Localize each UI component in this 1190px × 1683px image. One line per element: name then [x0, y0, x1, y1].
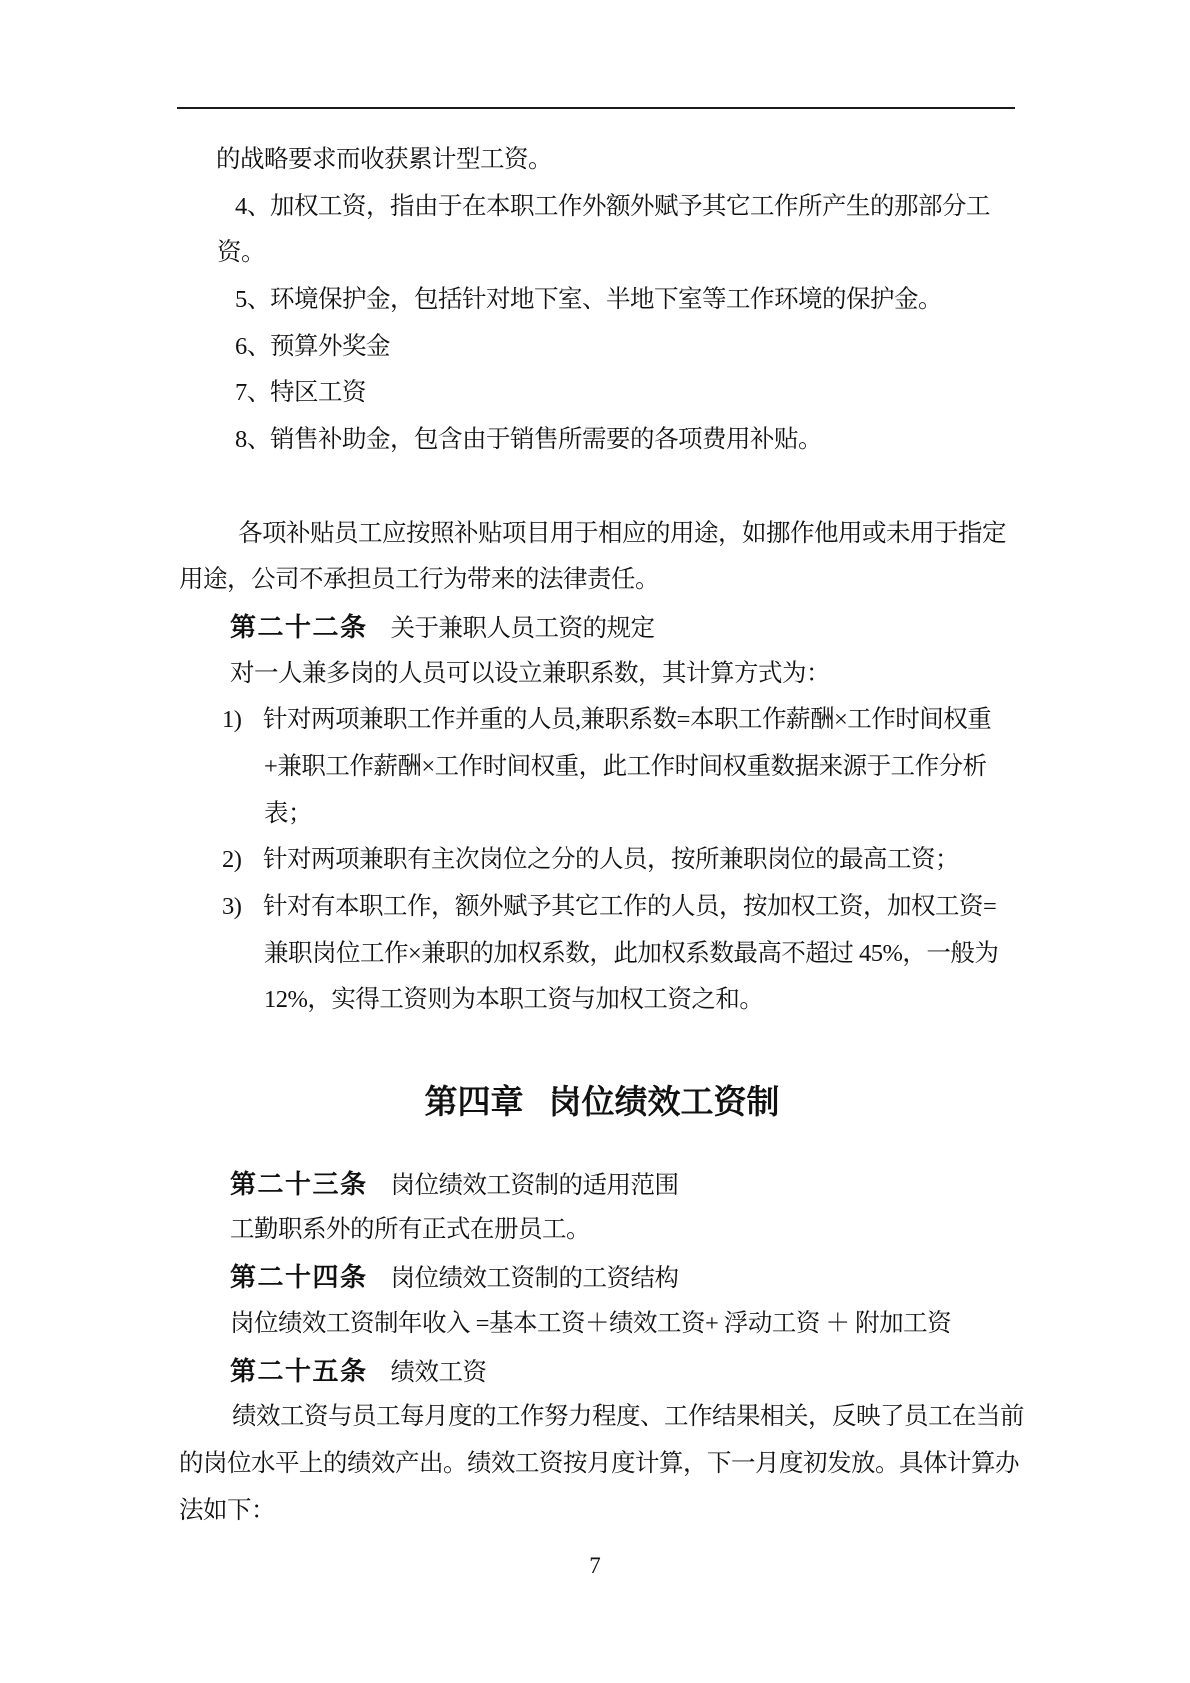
list-number: 4、 — [235, 184, 270, 231]
allowance-item-4-wrap: 资。 — [217, 230, 1025, 277]
article-25-title: 绩效工资 — [391, 1359, 487, 1386]
list-text: 针对有本职工作，额外赋予其它工作的人员，按加权工资，加权工资= — [263, 893, 996, 920]
chapter-heading: 第四章岗位绩效工资制 — [179, 1071, 1025, 1133]
article-24-title: 岗位绩效工资制的工资结构 — [391, 1265, 679, 1292]
allowance-item-4: 4、加权工资，指由于在本职工作外额外赋予其它工作所产生的那部分工 — [235, 184, 1025, 231]
rule-item-1-wrap: +兼职工作薪酬×工作时间权重，此工作时间权重数据来源于工作分析 — [264, 744, 1025, 791]
article-25-term: 第二十五条 — [230, 1356, 368, 1386]
allowance-item-6: 6、预算外奖金 — [235, 324, 1025, 371]
article-23-body: 工勤职系外的所有正式在册员工。 — [230, 1207, 1025, 1254]
article-23-term: 第二十三条 — [230, 1169, 368, 1199]
rule-item-2: 2)针对两项兼职有主次岗位之分的人员，按所兼职岗位的最高工资； — [222, 837, 1025, 884]
allowance-item-5: 5、环境保护金，包括针对地下室、半地下室等工作环境的保护金。 — [235, 277, 1025, 324]
article-24-formula: 岗位绩效工资制年收入 =基本工资＋绩效工资+ 浮动工资 ＋ 附加工资 — [230, 1301, 1025, 1348]
rule-item-3-wrap: 12%，实得工资则为本职工资与加权工资之和。 — [264, 977, 1025, 1024]
article-22-term: 第二十二条 — [230, 612, 368, 642]
article-25-heading: 第二十五条绩效工资 — [230, 1348, 1025, 1395]
article-23-heading: 第二十三条岗位绩效工资制的适用范围 — [230, 1161, 1025, 1208]
article-22-heading: 第二十二条关于兼职人员工资的规定 — [230, 604, 1025, 651]
article-24-heading: 第二十四条岗位绩效工资制的工资结构 — [230, 1254, 1025, 1301]
list-text: 特区工资 — [270, 379, 366, 406]
article-25-body-line-3: 法如下： — [179, 1488, 1025, 1535]
list-number: 2) — [222, 837, 263, 884]
rule-item-1-wrap: 表； — [264, 791, 1025, 838]
article-24-term: 第二十四条 — [230, 1262, 368, 1292]
list-text: 预算外奖金 — [270, 333, 390, 360]
allowance-item-8: 8、销售补助金，包含由于销售所需要的各项费用补贴。 — [235, 417, 1025, 464]
article-22-title: 关于兼职人员工资的规定 — [391, 615, 655, 642]
subsidy-note-line-2: 用途，公司不承担员工行为带来的法律责任。 — [179, 557, 1025, 604]
blank-line — [179, 1024, 1025, 1071]
list-text: 环境保护金，包括针对地下室、半地下室等工作环境的保护金。 — [270, 286, 942, 313]
list-text: 销售补助金，包含由于销售所需要的各项费用补贴。 — [270, 426, 822, 453]
article-23-title: 岗位绩效工资制的适用范围 — [391, 1172, 679, 1199]
list-number: 5、 — [235, 277, 270, 324]
page-content: 的战略要求而收获累计型工资。 4、加权工资，指由于在本职工作外额外赋予其它工作所… — [179, 137, 1025, 1534]
chapter-number: 第四章 — [425, 1083, 524, 1120]
article-22-intro: 对一人兼多岗的人员可以设立兼职系数，其计算方式为： — [230, 651, 1025, 698]
page-number: 7 — [0, 1553, 1190, 1579]
rule-item-3: 3)针对有本职工作，额外赋予其它工作的人员，按加权工资，加权工资= — [222, 884, 1025, 931]
article-25-body-line-1: 绩效工资与员工每月度的工作努力程度、工作结果相关，反映了员工在当前 — [232, 1394, 1025, 1441]
list-text: 针对两项兼职有主次岗位之分的人员，按所兼职岗位的最高工资； — [263, 846, 959, 873]
document-page: 的战略要求而收获累计型工资。 4、加权工资，指由于在本职工作外额外赋予其它工作所… — [0, 0, 1190, 1683]
carryover-paragraph-line: 的战略要求而收获累计型工资。 — [216, 137, 1025, 184]
list-number: 6、 — [235, 324, 270, 371]
rule-item-1: 1)针对两项兼职工作并重的人员,兼职系数=本职工作薪酬×工作时间权重 — [222, 697, 1025, 744]
article-25-body-line-2: 的岗位水平上的绩效产出。绩效工资按月度计算，下一月度初发放。具体计算办 — [179, 1441, 1025, 1488]
rule-item-3-wrap: 兼职岗位工作×兼职的加权系数，此加权系数最高不超过 45%，一般为 — [264, 931, 1025, 978]
list-text: 针对两项兼职工作并重的人员,兼职系数=本职工作薪酬×工作时间权重 — [263, 706, 991, 733]
list-number: 7、 — [235, 370, 270, 417]
blank-line — [179, 464, 1025, 511]
list-number: 1) — [222, 697, 263, 744]
list-text: 加权工资，指由于在本职工作外额外赋予其它工作所产生的那部分工 — [270, 193, 990, 220]
subsidy-note-line-1: 各项补贴员工应按照补贴项目用于相应的用途，如挪作他用或未用于指定 — [238, 511, 1025, 558]
list-number: 3) — [222, 884, 263, 931]
chapter-title: 岗位绩效工资制 — [549, 1083, 780, 1120]
allowance-item-7: 7、特区工资 — [235, 370, 1025, 417]
list-number: 8、 — [235, 417, 270, 464]
header-rule — [177, 107, 1015, 109]
